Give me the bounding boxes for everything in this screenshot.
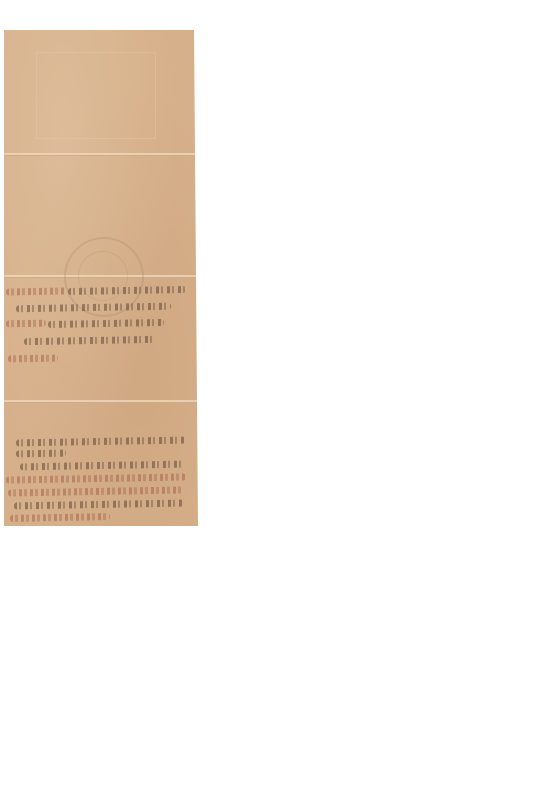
faint-printed-rectangle: [36, 52, 156, 139]
handwriting-line: [24, 336, 154, 345]
handwriting-line: [8, 355, 58, 363]
handwriting-line: [10, 513, 110, 522]
handwriting-line: [6, 473, 186, 483]
handwriting-line: [14, 500, 184, 510]
fold-line: [4, 153, 198, 156]
letter-paper: Aged tan paper folded into four panels w…: [4, 30, 198, 526]
fold-line: [4, 400, 198, 403]
handwriting-line: [20, 461, 185, 471]
document-description: Aged tan paper folded into four panels w…: [4, 30, 5, 31]
handwriting-line: [16, 303, 171, 313]
handwriting-line: [68, 286, 186, 295]
handwriting-line: [8, 486, 183, 496]
handwriting-line: [16, 450, 66, 458]
handwriting-line: [6, 287, 66, 295]
handwriting-line: [16, 437, 186, 447]
handwriting-line: [48, 319, 164, 328]
handwriting-line: [6, 320, 46, 328]
